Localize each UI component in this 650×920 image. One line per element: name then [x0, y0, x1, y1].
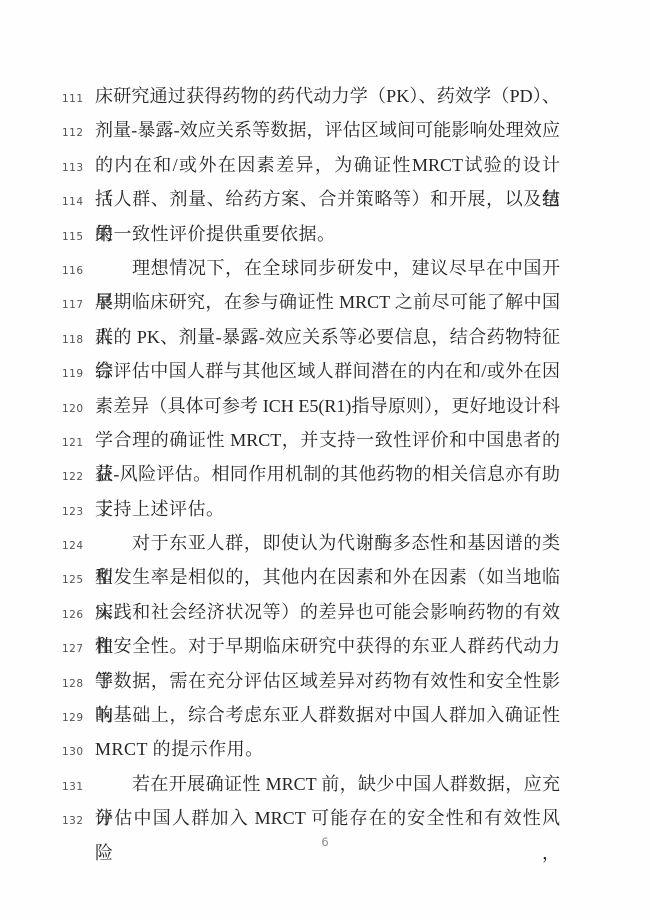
text-line: 111 床研究通过获得药物的药代动力学（PK）、药效学（PD）、	[0, 79, 650, 113]
line-number: 128	[0, 678, 95, 690]
text-line: 122 益-风险评估。相同作用机制的其他药物的相关信息亦有助于	[0, 457, 650, 491]
line-number: 120	[0, 403, 95, 415]
line-number: 129	[0, 712, 95, 724]
line-number: 113	[0, 162, 95, 174]
line-number: 127	[0, 643, 95, 655]
line-number: 126	[0, 609, 95, 621]
page-number: 6	[0, 835, 650, 849]
text-line: 124 对于东亚人群，即使认为代谢酶多态性和基因谱的类型	[0, 526, 650, 560]
text-line: 131 若在开展确证性 MRCT 前，缺少中国人群数据，应充分	[0, 767, 650, 801]
text-line: 115 的一致性评价提供重要依据。	[0, 217, 650, 251]
line-number: 117	[0, 299, 95, 311]
text-line: 114 括人群、剂量、给药方案、合并策略等）和开展，以及结果	[0, 182, 650, 216]
line-number: 112	[0, 127, 95, 139]
text-line: 113 的内在和/或外在因素差异，为确证性MRCT试验的设计（包	[0, 148, 650, 182]
line-text: 床研究通过获得药物的药代动力学（PK）、药效学（PD）、	[95, 79, 560, 113]
text-line: 127 和安全性。对于早期临床研究中获得的东亚人群药代动力学	[0, 629, 650, 663]
line-number: 125	[0, 574, 95, 586]
text-line: 121 学合理的确证性 MRCT，并支持一致性评价和中国患者的获	[0, 423, 650, 457]
text-line: 123 支持上述评估。	[0, 492, 650, 526]
text-line: 118 群的 PK、剂量-暴露-效应关系等必要信息，结合药物特征综	[0, 320, 650, 354]
line-number: 131	[0, 781, 95, 793]
text-line: 119 合评估中国人群与其他区域人群间潜在的内在和/或外在因	[0, 354, 650, 388]
document-body: 111 床研究通过获得药物的药代动力学（PK）、药效学（PD）、 112 剂量-…	[0, 79, 650, 836]
line-text: 的基础上，综合考虑东亚人群数据对中国人群加入确证性	[95, 698, 560, 732]
line-text: 合评估中国人群与其他区域人群间潜在的内在和/或外在因	[95, 354, 560, 388]
document-page: 111 床研究通过获得药物的药代动力学（PK）、药效学（PD）、 112 剂量-…	[0, 0, 650, 920]
line-text: 的一致性评价提供重要依据。	[95, 217, 560, 251]
text-line: 128 等数据，需在充分评估区域差异对药物有效性和安全性影响	[0, 664, 650, 698]
text-line: 116 理想情况下，在全球同步研发中，建议尽早在中国开展	[0, 251, 650, 285]
line-number: 123	[0, 506, 95, 518]
line-number: 124	[0, 540, 95, 552]
text-line: 132 评估中国人群加入 MRCT 可能存在的安全性和有效性风险，	[0, 801, 650, 835]
text-line: 117 早期临床研究，在参与确证性 MRCT 之前尽可能了解中国人	[0, 285, 650, 319]
text-line: 129 的基础上，综合考虑东亚人群数据对中国人群加入确证性	[0, 698, 650, 732]
text-line: 125 和发生率是相似的，其他内在因素和外在因素（如当地临床	[0, 560, 650, 594]
line-text: MRCT 的提示作用。	[95, 732, 560, 766]
line-number: 118	[0, 334, 95, 346]
line-number: 111	[0, 93, 95, 105]
line-text: 支持上述评估。	[95, 492, 560, 526]
line-number: 116	[0, 265, 95, 277]
text-line: 126 实践和社会经济状况等）的差异也可能会影响药物的有效性	[0, 595, 650, 629]
line-number: 132	[0, 815, 95, 827]
line-text: 素差异（具体可参考 ICH E5(R1)指导原则），更好地设计科	[95, 389, 560, 423]
line-number: 121	[0, 437, 95, 449]
text-line: 130 MRCT 的提示作用。	[0, 732, 650, 766]
text-line: 120 素差异（具体可参考 ICH E5(R1)指导原则），更好地设计科	[0, 389, 650, 423]
text-line: 112 剂量-暴露-效应关系等数据，评估区域间可能影响处理效应	[0, 113, 650, 147]
line-number: 130	[0, 746, 95, 758]
line-number: 119	[0, 368, 95, 380]
line-number: 114	[0, 196, 95, 208]
line-number: 115	[0, 231, 95, 243]
line-text: 剂量-暴露-效应关系等数据，评估区域间可能影响处理效应	[95, 113, 560, 147]
line-number: 122	[0, 471, 95, 483]
